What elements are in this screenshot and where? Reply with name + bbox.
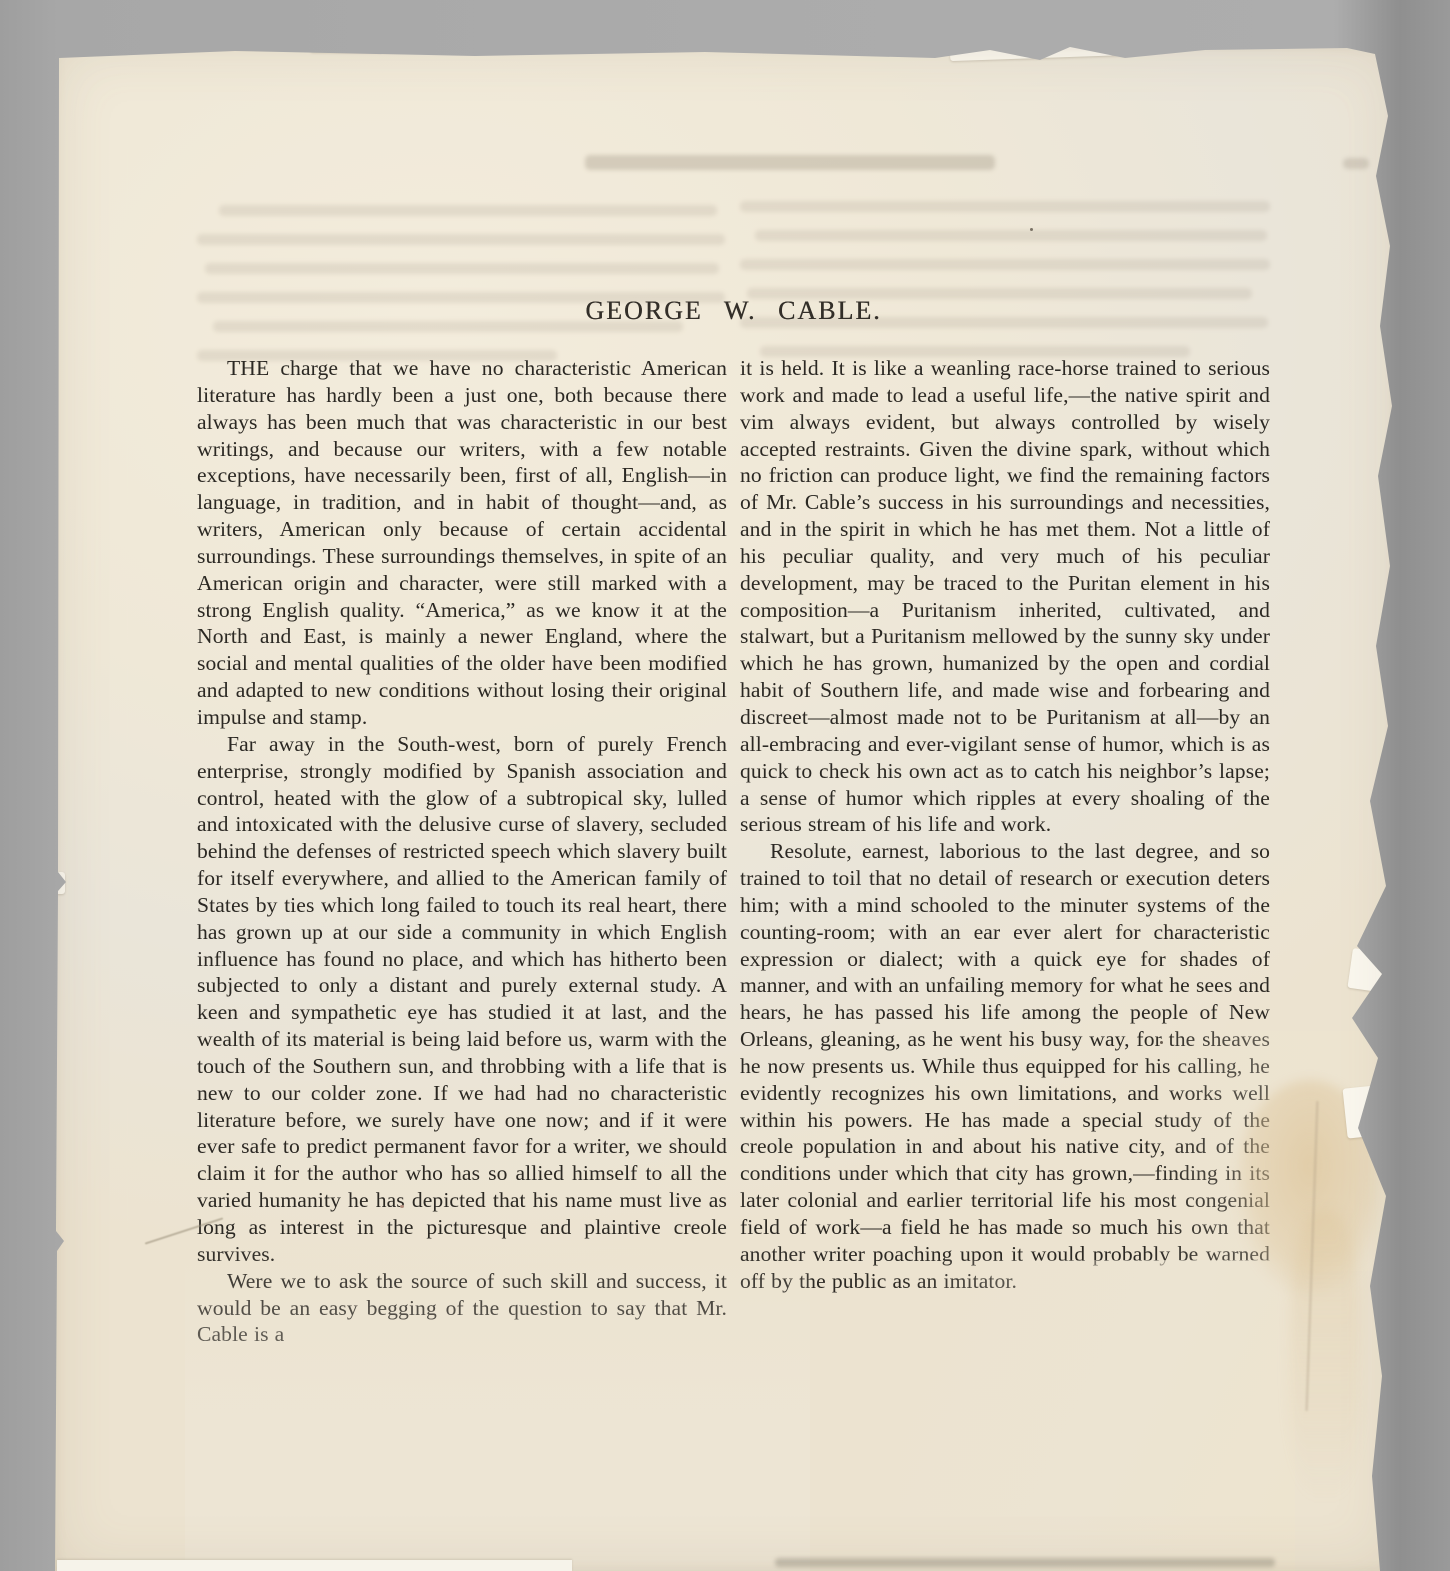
torn-edge-flap [310, 44, 420, 52]
ghost-text-bar [197, 234, 725, 245]
ghost-header-bar [585, 155, 995, 170]
scan-background: GEORGE W. CABLE. THE charge that we have… [0, 0, 1450, 1571]
article-body: THE charge that we have no characteristi… [197, 355, 1270, 1571]
scanned-page: GEORGE W. CABLE. THE charge that we have… [55, 46, 1395, 1571]
paragraph: it is held. It is like a weanling race-h… [740, 355, 1270, 838]
ghost-text-bar [205, 263, 719, 274]
underlying-page-edge [57, 1560, 572, 1571]
paragraph: Resolute, earnest, laborious to the last… [740, 838, 1270, 1294]
paper-stain [1290, 1211, 1360, 1501]
paragraph: THE charge that we have no characteristi… [197, 355, 727, 731]
right-column: it is held. It is like a weanling race-h… [740, 355, 1270, 1571]
left-column: THE charge that we have no characteristi… [197, 355, 727, 1571]
torn-edge-flap [950, 39, 1130, 61]
paragraph: Far away in the South-west, born of pure… [197, 731, 727, 1268]
ghost-text-bar [219, 205, 717, 216]
torn-edge-chip [1347, 948, 1398, 994]
torn-edge-chip [51, 872, 65, 894]
crease-mark [1306, 1101, 1319, 1411]
ghost-text-bar [740, 259, 1270, 270]
ghost-page-number [1343, 158, 1369, 169]
page-title: GEORGE W. CABLE. [197, 296, 1270, 326]
paragraph: Were we to ask the source of such skill … [197, 1268, 727, 1349]
ghost-text-bar [740, 201, 1270, 212]
torn-edge-chip [1343, 1083, 1400, 1138]
ghost-text-bar [755, 230, 1267, 241]
